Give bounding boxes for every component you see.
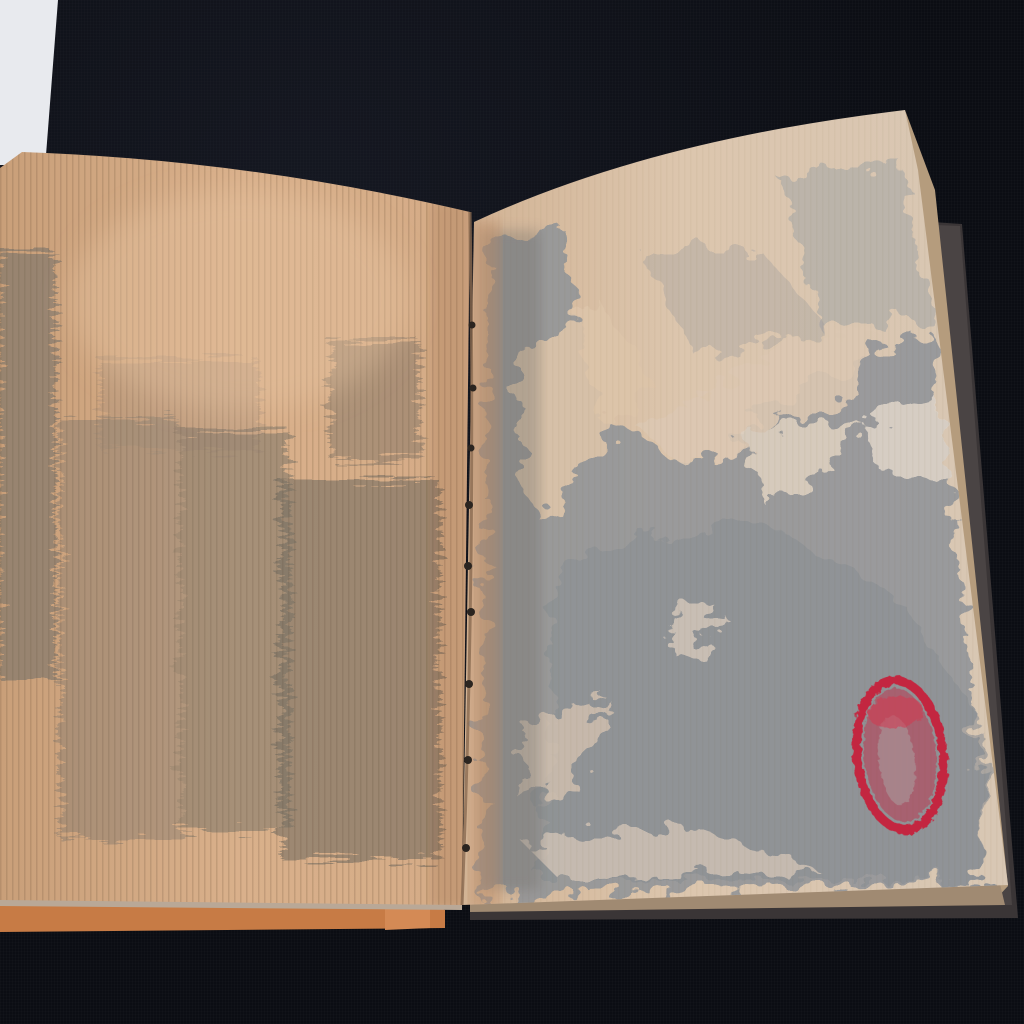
book-illustration (0, 0, 1024, 1024)
book-photo-scene (0, 0, 1024, 1024)
left-page (0, 140, 480, 920)
